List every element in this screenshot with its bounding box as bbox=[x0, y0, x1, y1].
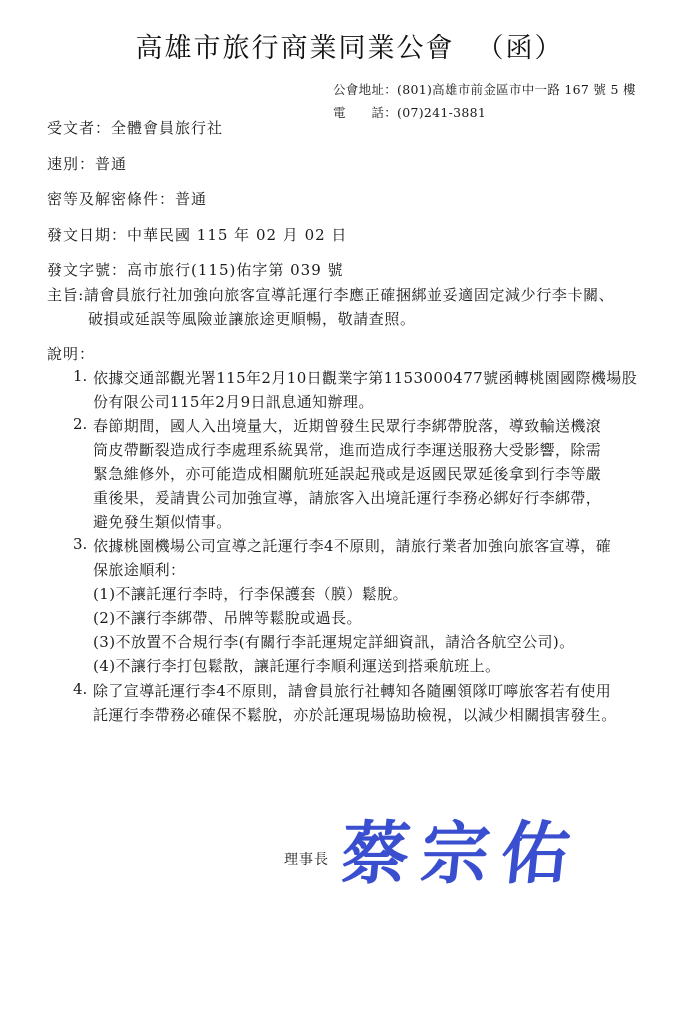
sub-item-line: (3)不放置不合規行李(有關行李託運規定詳細資訊，請洽各航空公司)。 bbox=[93, 631, 575, 652]
item-line: 重後果，爰請貴公司加強宣導，請旅客入出境託運行李務必綁好行李綁帶， bbox=[93, 487, 601, 508]
document-number-field: 發文字號：高市旅行(115)佑字第 039 號 bbox=[47, 259, 344, 280]
security-field: 密等及解密條件：普通 bbox=[47, 188, 207, 209]
item-line: 份有限公司115年2月9日訊息通知辦理。 bbox=[93, 391, 374, 412]
address-value: (801)高雄市前金區市中一路 167 號 5 樓 bbox=[397, 82, 636, 97]
item-line: 託運行李帶務必確保不鬆脫，亦於託運現場協助檢視，以減少相關損害發生。 bbox=[93, 704, 617, 725]
sub-item-line: (2)不讓行李綁帶、吊牌等鬆脫或過長。 bbox=[93, 607, 362, 628]
item-number: 4. bbox=[73, 680, 87, 698]
item-line: 春節期間，國人入出境量大，近期曾發生民眾行李綁帶脫落，導致輸送機滾 bbox=[93, 415, 601, 436]
chairman-signature: 蔡宗佑 bbox=[337, 800, 587, 897]
chairman-title: 理事長 bbox=[284, 849, 329, 869]
item-number: 3. bbox=[73, 535, 87, 553]
subject-line-1: 主旨:請會員旅行社加強向旅客宣導託運行李應正確捆綁並妥適固定減少行李卡關、 bbox=[47, 284, 614, 305]
item-line: 避免發生類似情事。 bbox=[93, 511, 232, 532]
item-line: 保旅途順利： bbox=[93, 559, 185, 580]
field-value: 高市旅行(115)佑字第 039 號 bbox=[127, 261, 344, 279]
association-name: 高雄市旅行商業同業公會 bbox=[136, 33, 455, 64]
field-value: 中華民國 115 年 02 月 02 日 bbox=[127, 226, 347, 244]
document-type: （函） bbox=[477, 33, 564, 64]
subject-text: 請會員旅行社加強向旅客宣導託運行李應正確捆綁並妥適固定減少行李卡關、 bbox=[84, 286, 614, 304]
speed-field: 速別：普通 bbox=[47, 153, 127, 174]
phone-value: (07)241-3881 bbox=[397, 105, 486, 120]
field-label: 密等及解密條件： bbox=[47, 190, 175, 208]
field-label: 發文字號： bbox=[47, 261, 127, 279]
field-value: 全體會員旅行社 bbox=[111, 119, 223, 137]
explanation-label: 說明： bbox=[47, 343, 95, 364]
address-label: 公會地址： bbox=[333, 82, 397, 97]
sub-item-line: (4)不讓行李打包鬆散，讓託運行李順利運送到搭乘航班上。 bbox=[93, 655, 500, 676]
subject-line-2: 破損或延誤等風險並讓旅途更順暢，敬請查照。 bbox=[88, 308, 416, 329]
recipient-field: 受文者：全體會員旅行社 bbox=[47, 117, 223, 138]
phone-line: 電 話：(07)241-3881 bbox=[333, 103, 486, 121]
item-line: 緊急維修外，亦可能造成相關航班延誤起飛或是返國民眾延後拿到行李等嚴 bbox=[93, 463, 601, 484]
address-line: 公會地址：(801)高雄市前金區市中一路 167 號 5 樓 bbox=[333, 80, 636, 98]
subject-label: 主旨: bbox=[47, 286, 84, 304]
sub-item-line: (1)不讓託運行李時，行李保護套（膜）鬆脫。 bbox=[93, 583, 408, 604]
item-line: 依據桃園機場公司宣導之託運行李4不原則，請旅行業者加強向旅客宣導，確 bbox=[93, 535, 611, 556]
phone-label: 電 話： bbox=[333, 105, 397, 120]
item-line: 筒皮帶斷裂造成行李處理系統異常，進而造成行李運送服務大受影響，除需 bbox=[93, 439, 601, 460]
issue-date-field: 發文日期：中華民國 115 年 02 月 02 日 bbox=[47, 224, 347, 245]
field-label: 速別： bbox=[47, 155, 95, 173]
item-line: 依據交通部觀光署115年2月10日觀業字第1153000477號函轉桃園國際機場… bbox=[93, 367, 637, 388]
document-title: 高雄市旅行商業同業公會（函） bbox=[0, 26, 699, 65]
field-value: 普通 bbox=[95, 155, 127, 173]
field-label: 受文者： bbox=[47, 119, 111, 137]
field-value: 普通 bbox=[175, 190, 207, 208]
field-label: 發文日期： bbox=[47, 226, 127, 244]
item-number: 1. bbox=[73, 367, 87, 385]
item-number: 2. bbox=[73, 415, 87, 433]
item-line: 除了宣導託運行李4不原則，請會員旅行社轉知各隨團領隊叮嚀旅客若有使用 bbox=[93, 680, 611, 701]
